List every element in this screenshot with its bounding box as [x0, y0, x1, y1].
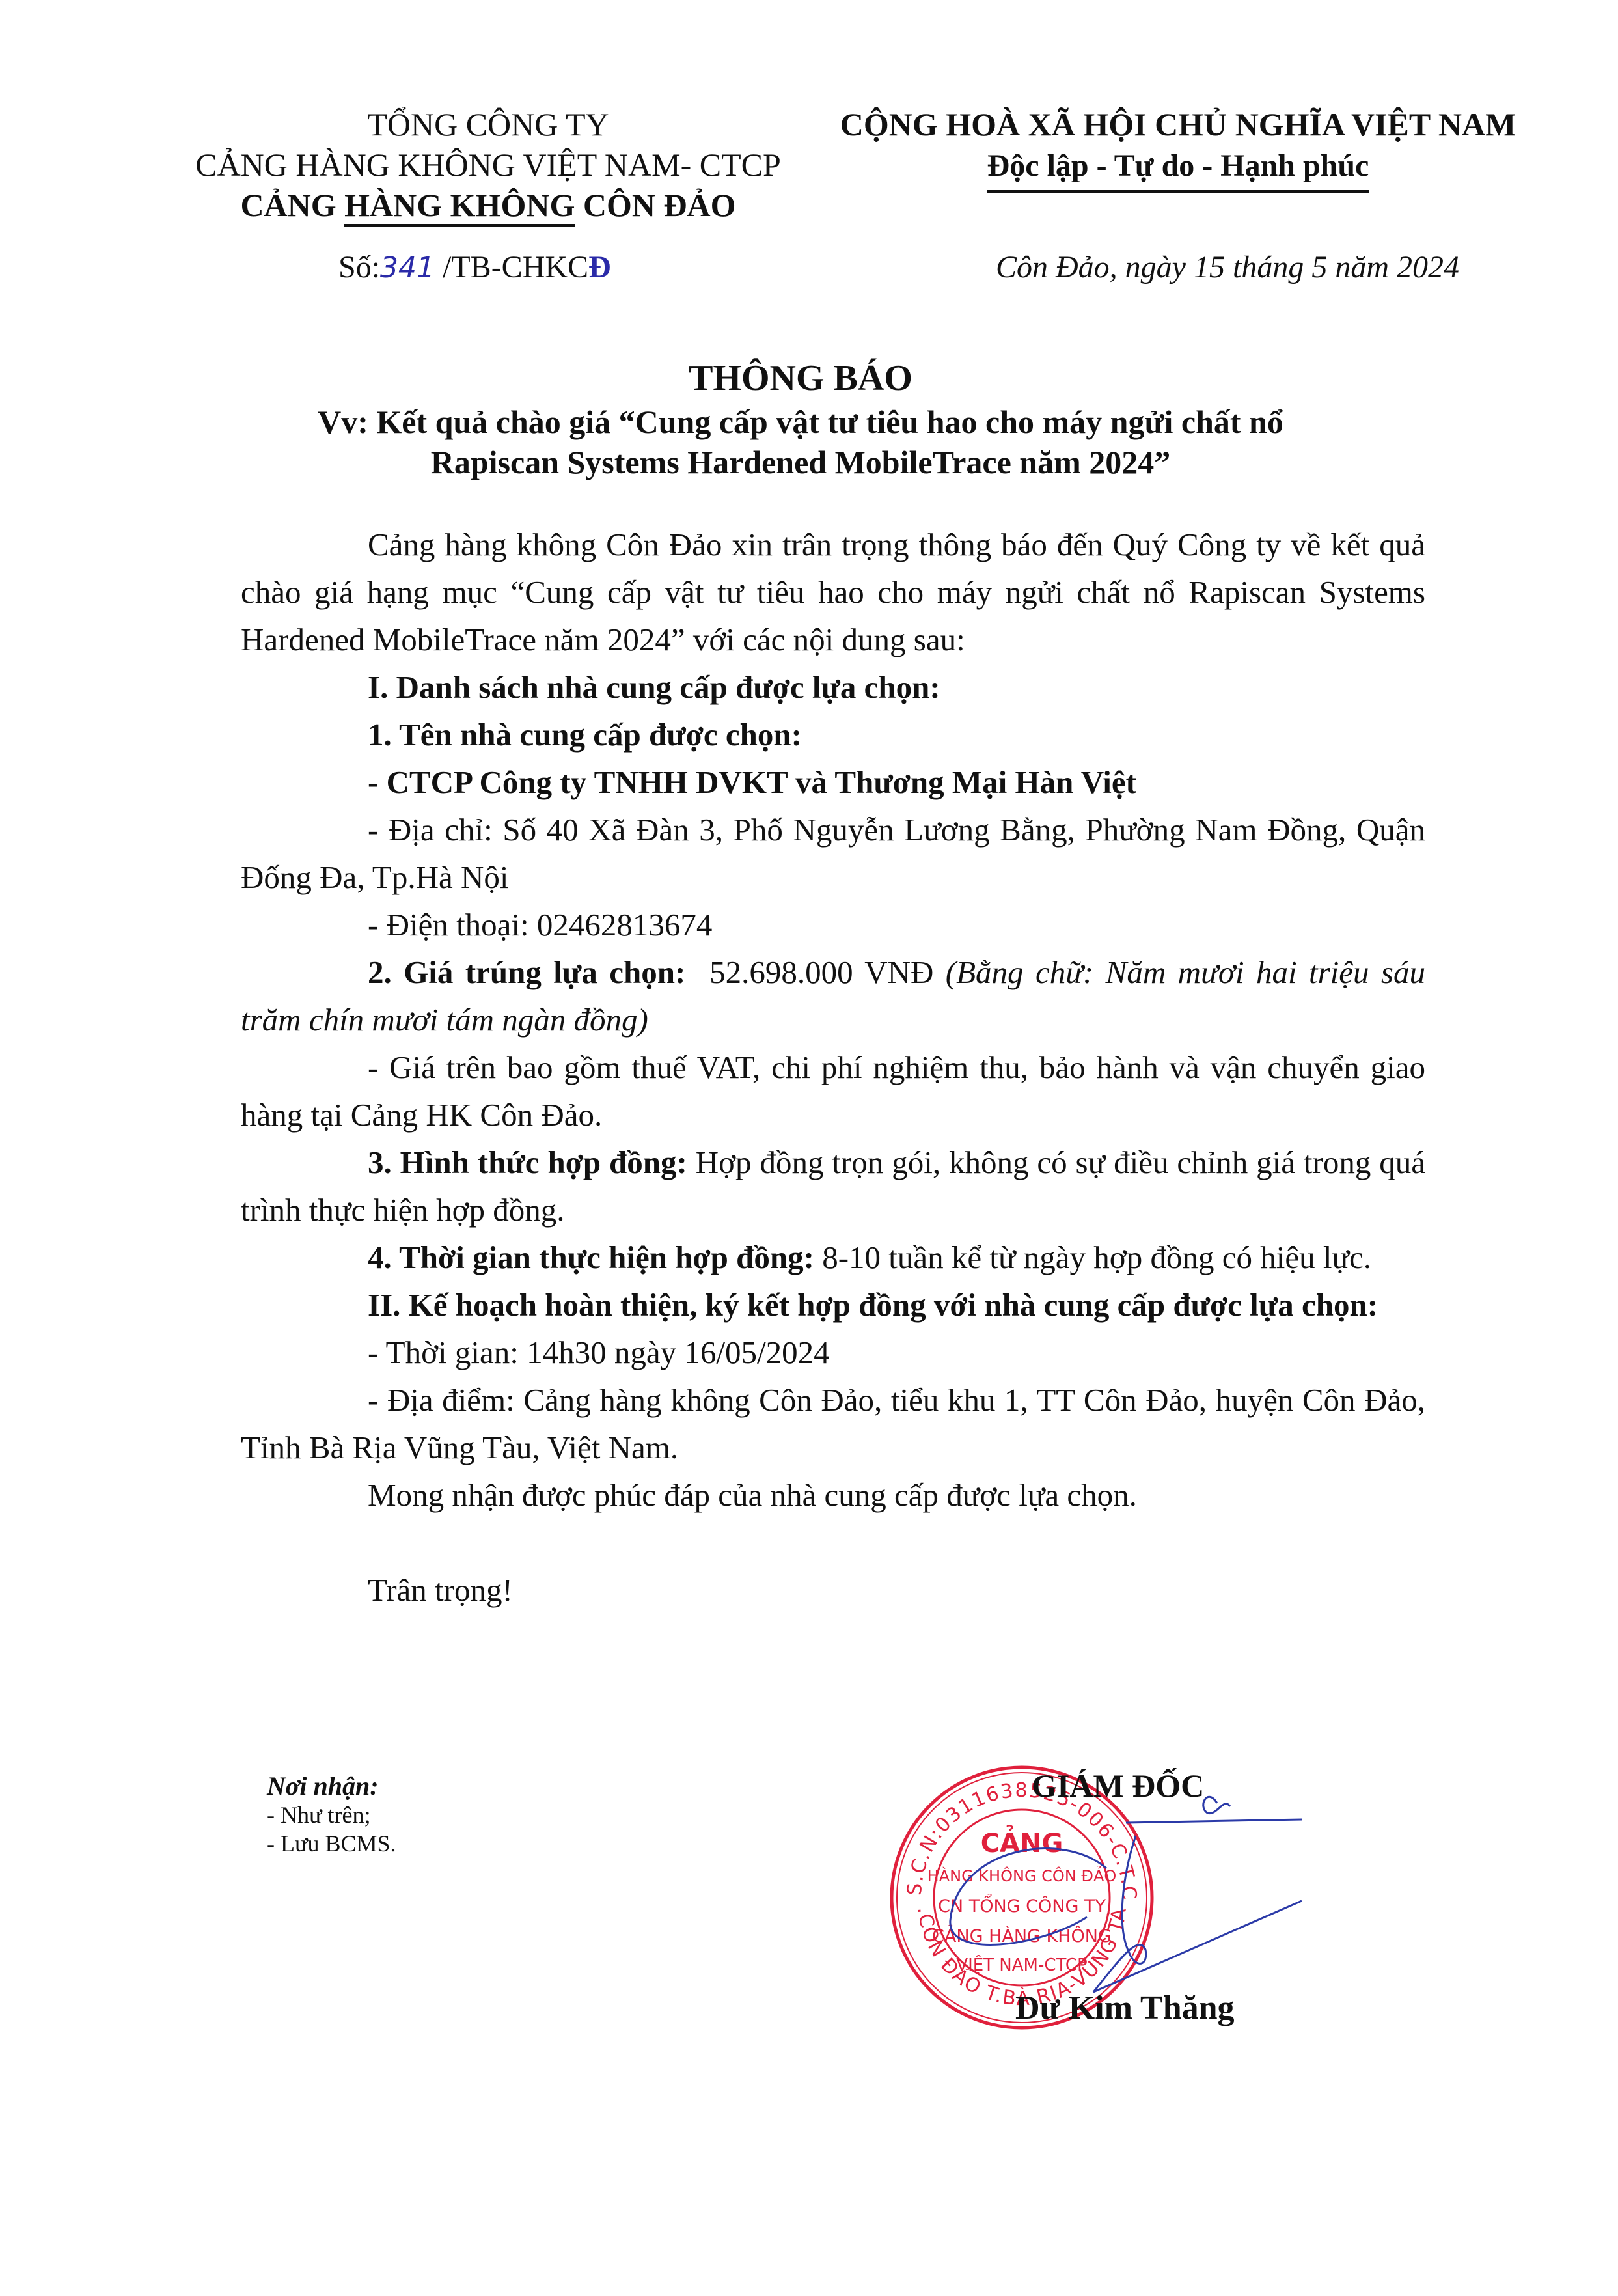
- contract-duration-label: 4. Thời gian thực hiện hợp đồng:: [368, 1239, 814, 1275]
- handwritten-signature-icon: [911, 1784, 1302, 2005]
- recipient-item: - Lưu BCMS.: [267, 1829, 396, 1858]
- contract-type-label: 3. Hình thức hợp đồng:: [368, 1144, 687, 1180]
- doc-number-handwritten: 341: [380, 251, 435, 284]
- signing-time: - Thời gian: 14h30 ngày 16/05/2024: [241, 1329, 1425, 1376]
- contract-duration-value: 8-10 tuần kể từ ngày hợp đồng có hiệu lự…: [822, 1239, 1371, 1275]
- item1-heading: 1. Tên nhà cung cấp được chọn:: [241, 711, 1425, 758]
- title-heading: THÔNG BÁO: [163, 355, 1438, 402]
- supplier-address: - Địa chỉ: Số 40 Xã Đàn 3, Phố Nguyễn Lư…: [241, 806, 1425, 901]
- winning-price-value: 52.698.000 VNĐ: [709, 954, 933, 990]
- document-title: THÔNG BÁO Vv: Kết quả chào giá “Cung cấp…: [163, 355, 1438, 482]
- recipients-block: Nơi nhận: - Như trên; - Lưu BCMS.: [267, 1772, 396, 1858]
- national-motto: Độc lập - Tự do - Hạnh phúc: [987, 146, 1369, 193]
- recipients-label: Nơi nhận:: [267, 1772, 396, 1801]
- issuer-parent-org-name: CẢNG HÀNG KHÔNG VIỆT NAM- CTCP: [163, 145, 814, 185]
- intro-paragraph: Cảng hàng không Côn Đảo xin trân trọng t…: [241, 521, 1425, 663]
- issuer-org-part: CÔN ĐẢO: [575, 187, 735, 223]
- issuer-parent-org: TỔNG CÔNG TY: [163, 104, 814, 145]
- supplier-name: - CTCP Công ty TNHH DVKT và Thương Mại H…: [241, 758, 1425, 806]
- document-number: Số:341 /TB-CHKCĐ: [338, 249, 611, 285]
- recipient-item: - Như trên;: [267, 1801, 396, 1829]
- closing-line: Mong nhận được phúc đáp của nhà cung cấp…: [241, 1471, 1425, 1519]
- doc-number-suffix: /TB-CHKC: [435, 250, 588, 284]
- issuer-org: CẢNG HÀNG KHÔNG CÔN ĐẢO: [163, 185, 814, 227]
- signing-location: - Địa điểm: Cảng hàng không Côn Đảo, tiể…: [241, 1376, 1425, 1471]
- title-subject-line1: Vv: Kết quả chào giá “Cung cấp vật tư ti…: [163, 402, 1438, 442]
- title-subject-line2: Rapiscan Systems Hardened MobileTrace nă…: [163, 442, 1438, 482]
- issuer-org-part: CẢNG: [240, 187, 344, 223]
- winning-price: 2. Giá trúng lựa chọn: 52.698.000 VNĐ (B…: [241, 948, 1425, 1044]
- national-header: CỘNG HOÀ XÃ HỘI CHỦ NGHĨA VIỆT NAM Độc l…: [807, 104, 1549, 193]
- signatory-name: Dư Kim Thăng: [1015, 1989, 1235, 2027]
- price-note: - Giá trên bao gồm thuế VAT, chi phí ngh…: [241, 1044, 1425, 1139]
- winning-price-label: 2. Giá trúng lựa chọn:: [368, 954, 685, 990]
- doc-number-suffix-handwritten: Đ: [588, 250, 611, 284]
- contract-duration: 4. Thời gian thực hiện hợp đồng: 8-10 tu…: [241, 1234, 1425, 1281]
- supplier-phone: - Điện thoại: 02462813674: [241, 901, 1425, 948]
- section1-heading: I. Danh sách nhà cung cấp được lựa chọn:: [241, 663, 1425, 711]
- country-name: CỘNG HOÀ XÃ HỘI CHỦ NGHĨA VIỆT NAM: [807, 104, 1549, 145]
- issuer-org-underlined: HÀNG KHÔNG: [344, 186, 575, 227]
- issuer-header: TỔNG CÔNG TY CẢNG HÀNG KHÔNG VIỆT NAM- C…: [163, 104, 814, 227]
- document-body: Cảng hàng không Côn Đảo xin trân trọng t…: [241, 521, 1425, 1614]
- section2-heading: II. Kế hoạch hoàn thiện, ký kết hợp đồng…: [241, 1281, 1425, 1329]
- issue-date: Côn Đảo, ngày 15 tháng 5 năm 2024: [996, 249, 1459, 285]
- contract-type: 3. Hình thức hợp đồng: Hợp đồng trọn gói…: [241, 1139, 1425, 1234]
- doc-number-prefix: Số:: [338, 250, 380, 284]
- regards: Trân trọng!: [241, 1566, 1425, 1614]
